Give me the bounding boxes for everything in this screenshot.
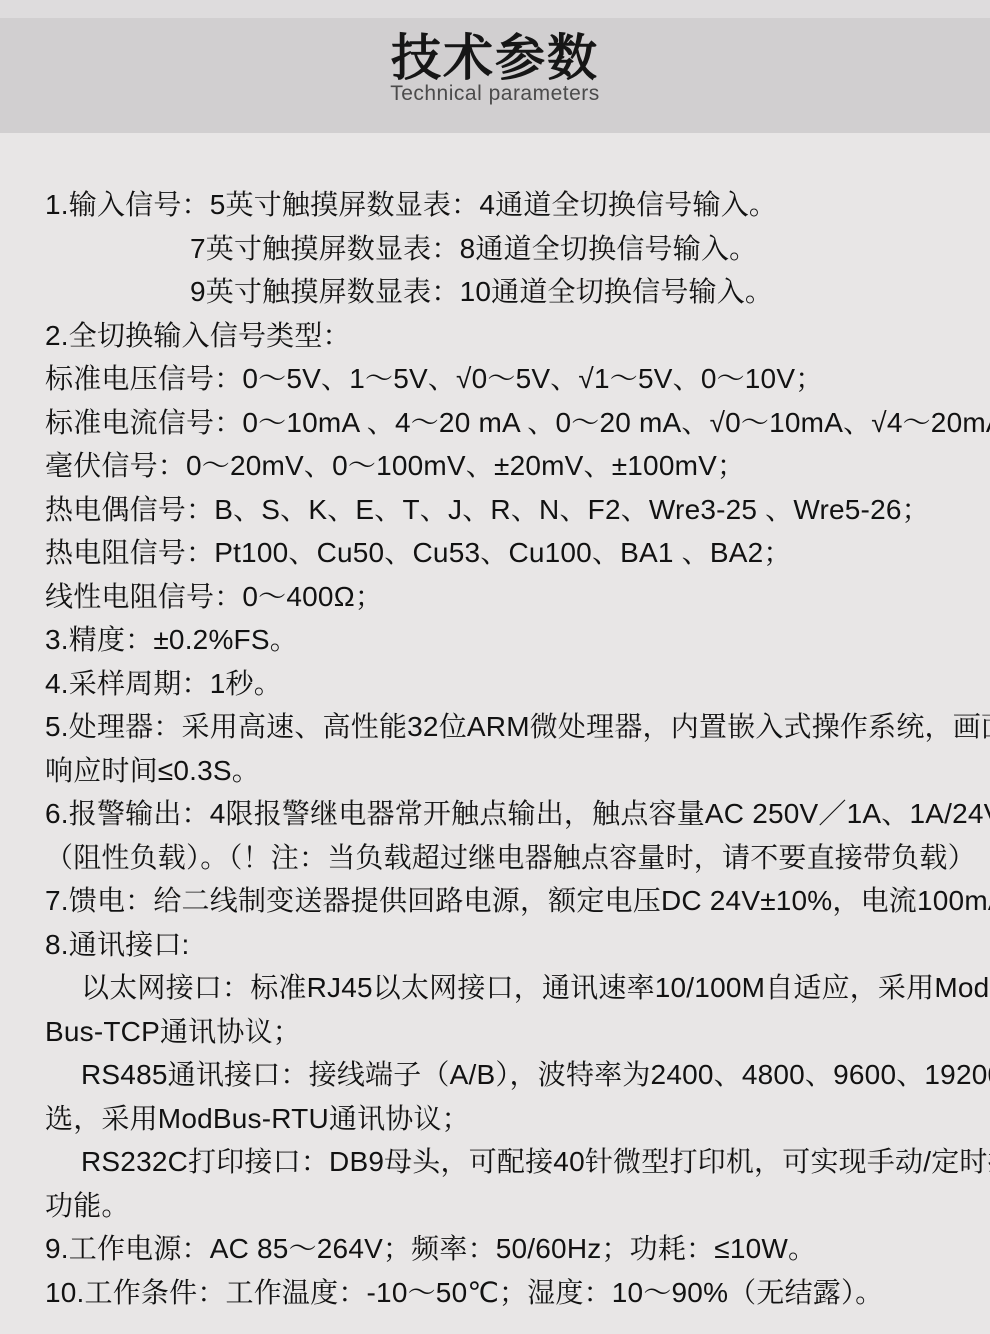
spec-line: 热电偶信号：B、S、K、E、T、J、R、N、F2、Wre3-25 、Wre5-2… — [45, 488, 950, 532]
spec-sheet-page: 技术参数 Technical parameters 1.输入信号：5英寸触摸屏数… — [0, 0, 990, 1334]
spec-line: 10.工作条件：工作温度：-10～50℃；湿度：10～90%（无结露）。 — [45, 1271, 950, 1315]
spec-line: 以太网接口：标准RJ45以太网接口，通讯速率10/100M自适应，采用Mod- — [45, 966, 950, 1010]
spec-line: 3.精度：±0.2%FS。 — [45, 618, 950, 662]
top-strip — [0, 0, 990, 18]
spec-line: 4.采样周期：1秒。 — [45, 662, 950, 706]
spec-line: 1.输入信号：5英寸触摸屏数显表：4通道全切换信号输入。 — [45, 183, 950, 227]
spec-line: 选，采用ModBus-RTU通讯协议； — [45, 1097, 950, 1141]
spec-line: 热电阻信号：Pt100、Cu50、Cu53、Cu100、BA1 、BA2； — [45, 531, 950, 575]
spec-line: 9.工作电源：AC 85～264V；频率：50/60Hz；功耗：≤10W。 — [45, 1227, 950, 1271]
spec-line: Bus-TCP通讯协议； — [45, 1010, 950, 1054]
page-title: 技术参数 — [0, 18, 990, 86]
spec-line: 2.全切换输入信号类型： — [45, 314, 950, 358]
spec-line: RS232C打印接口：DB9母头，可配接40针微型打印机，可实现手动/定时打印 — [45, 1140, 950, 1184]
spec-line: （阻性负载）。（！注：当负载超过继电器触点容量时，请不要直接带负载） — [45, 836, 950, 880]
spec-line: RS485通讯接口：接线端子（A/B），波特率为2400、4800、9600、1… — [45, 1053, 950, 1097]
spec-list: 1.输入信号：5英寸触摸屏数显表：4通道全切换信号输入。 7英寸触摸屏数显表：8… — [0, 133, 990, 1314]
spec-line: 标准电压信号：0～5V、1～5V、√0～5V、√1～5V、0～10V； — [45, 357, 950, 401]
spec-line: 9英寸触摸屏数显表：10通道全切换信号输入。 — [45, 270, 950, 314]
spec-line: 7英寸触摸屏数显表：8通道全切换信号输入。 — [45, 227, 950, 271]
spec-line: 标准电流信号：0～10mA 、4～20 mA 、0～20 mA、√0～10mA、… — [45, 401, 950, 445]
spec-line: 6.报警输出：4限报警继电器常开触点输出，触点容量AC 250V／1A、1A/2… — [45, 792, 950, 836]
page-subtitle: Technical parameters — [0, 82, 990, 106]
spec-line: 8.通讯接口: — [45, 923, 950, 967]
spec-line: 毫伏信号：0～20mV、0～100mV、±20mV、±100mV； — [45, 444, 950, 488]
spec-line: 5.处理器：采用高速、高性能32位ARM微处理器，内置嵌入式操作系统，画面切换 — [45, 705, 950, 749]
spec-line: 响应时间≤0.3S。 — [45, 749, 950, 793]
spec-line: 7.馈电：给二线制变送器提供回路电源，额定电压DC 24V±10%，电流100m… — [45, 879, 950, 923]
spec-line: 功能。 — [45, 1184, 950, 1228]
spec-line: 线性电阻信号：0～400Ω； — [45, 575, 950, 619]
section-header: 技术参数 Technical parameters — [0, 18, 990, 133]
